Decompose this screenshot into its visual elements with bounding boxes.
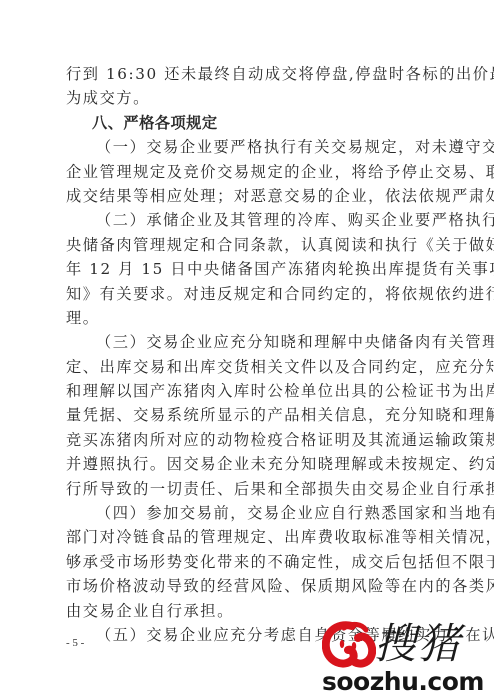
text-line: 定、出库交易和出库交货相关文件以及合同约定，应充分知晓 [66, 355, 428, 379]
text-line: 知》有关要求。对违反规定和合同约定的，将依规依约进行处 [66, 282, 428, 306]
text-line: 行到 16:30 还未最终自动成交将停盘,停盘时各标的出价最高的 [66, 62, 428, 86]
section-heading: 八、严格各项规定 [66, 111, 428, 135]
text-line: 年 12 月 15 日中央储备国产冻猪肉轮换出库提货有关事项的通 [66, 257, 428, 281]
text-line: 市场价格波动导致的经营风险、保质期风险等在内的各类风险 [66, 574, 428, 598]
watermark-logo: 搜猪 soozhu.com [322, 618, 488, 696]
text-line: 量凭据、交易系统所显示的产品相关信息，充分知晓和理解所 [66, 403, 428, 427]
text-line: 企业管理规定及竞价交易规定的企业，将给予停止交易、取消 [66, 160, 428, 184]
text-line: 为成交方。 [66, 86, 428, 110]
pig-swirl-icon [322, 620, 376, 670]
text-line: 部门对冷链食品的管理规定、出库费收取标准等相关情况，能 [66, 525, 428, 549]
watermark-domain: soozhu.com [322, 668, 488, 696]
text-line: 竞买冻猪肉所对应的动物检疫合格证明及其流通运输政策规定 [66, 428, 428, 452]
document-body: 行到 16:30 还未最终自动成交将停盘,停盘时各标的出价最高的 为成交方。 八… [66, 62, 428, 647]
text-line: 和理解以国产冻猪肉入库时公检单位出具的公检证书为出库质 [66, 379, 428, 403]
page-number: - 5 - [66, 637, 84, 649]
paragraph-start: （二）承储企业及其管理的冷库、购买企业要严格执行中 [66, 208, 428, 232]
paragraph-start: （四）参加交易前，交易企业应自行熟悉国家和当地有关 [66, 501, 428, 525]
text-line: 成交结果等相应处理；对恶意交易的企业，依法依规严肃处理。 [66, 184, 428, 208]
text-line: 行所导致的一切责任、后果和全部损失由交易企业自行承担。 [66, 477, 428, 501]
text-line: 理。 [66, 306, 428, 330]
text-line: 央储备肉管理规定和合同条款，认真阅读和执行《关于做好 2025 [66, 233, 428, 257]
watermark-chinese: 搜猪 [374, 620, 462, 668]
text-line: 并遵照执行。因交易企业未充分知晓理解或未按规定、约定执 [66, 452, 428, 476]
paragraph-start: （三）交易企业应充分知晓和理解中央储备肉有关管理规 [66, 330, 428, 354]
text-line: 够承受市场形势变化带来的不确定性，成交后包括但不限于因 [66, 550, 428, 574]
paragraph-start: （一）交易企业要严格执行有关交易规定，对未遵守交易 [66, 135, 428, 159]
